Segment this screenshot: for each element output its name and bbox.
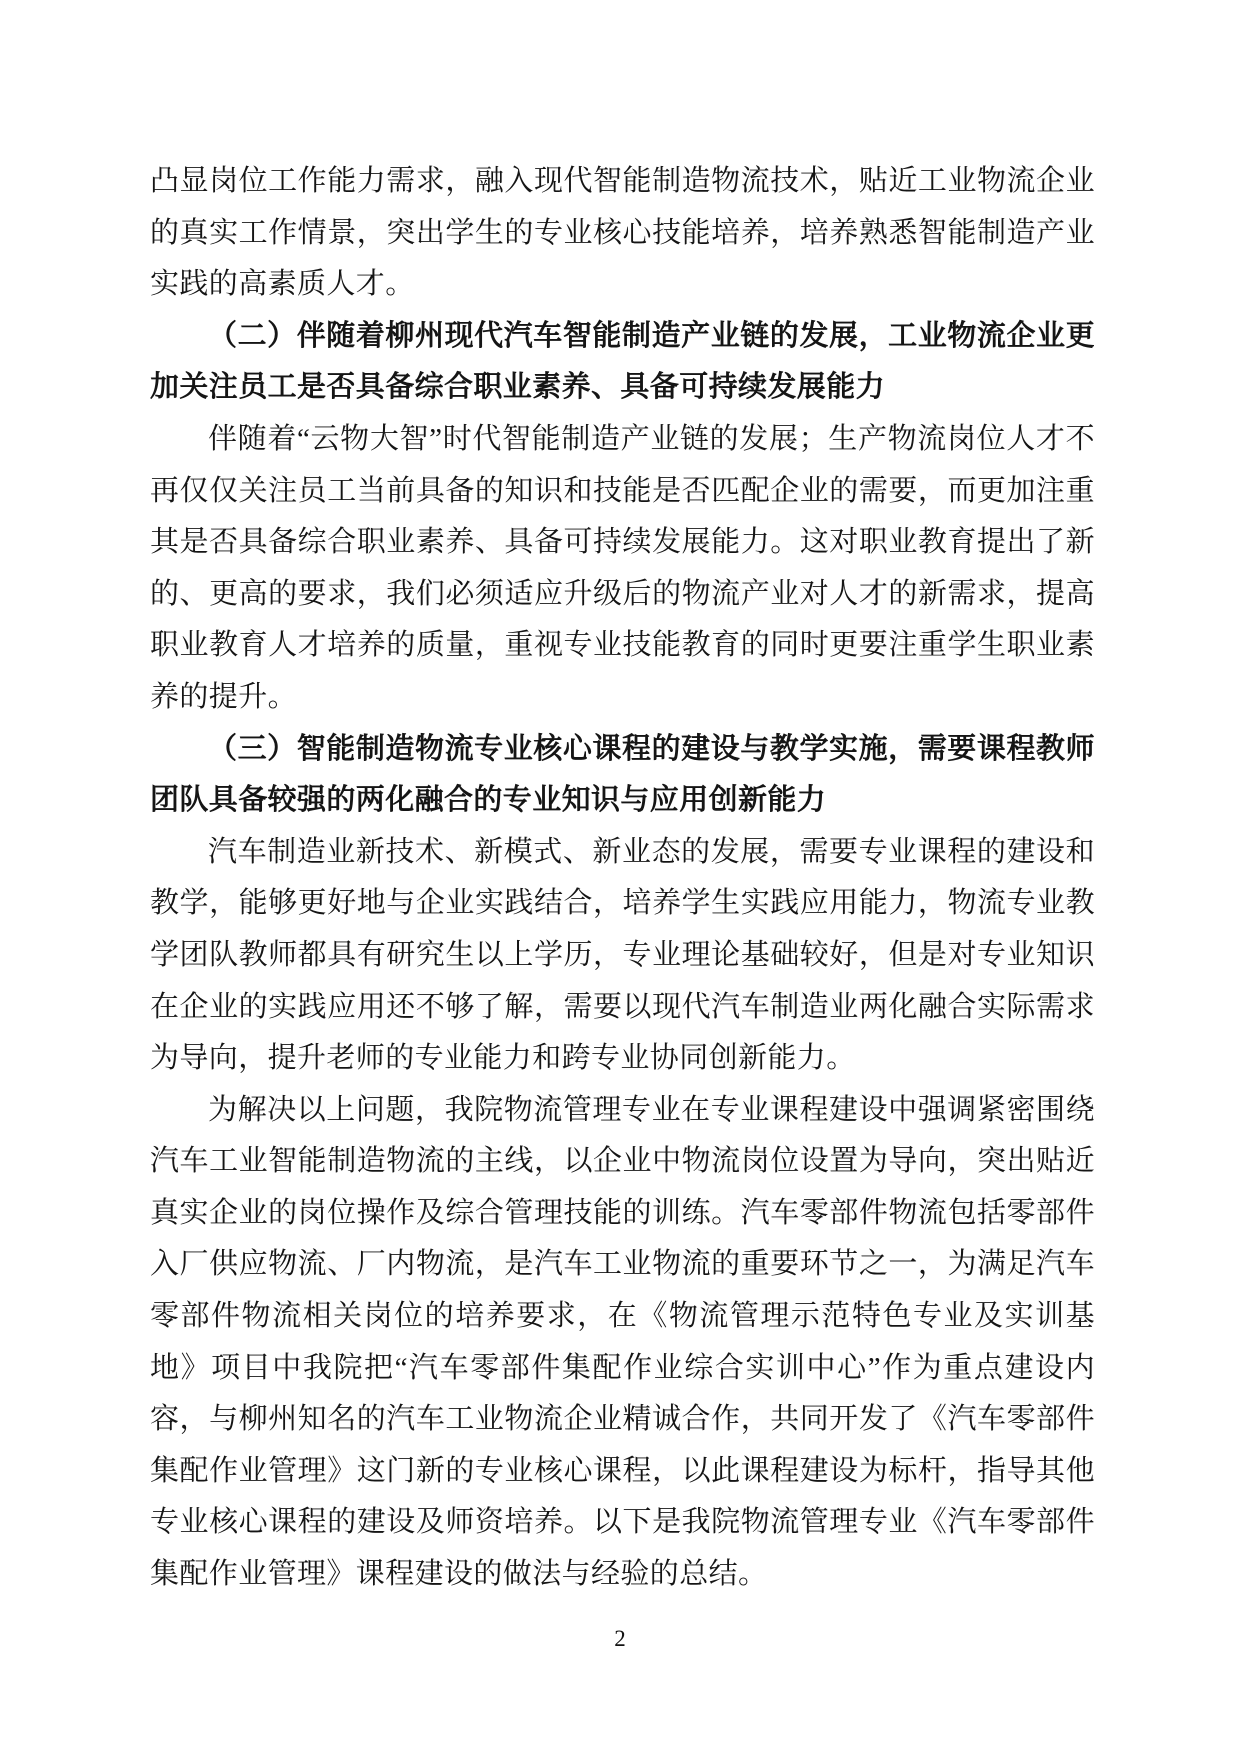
body-paragraph: 伴随着“云物大智”时代智能制造产业链的发展；生产物流岗位人才不再仅仅关注员工当前… <box>150 414 1095 724</box>
document-content: 凸显岗位工作能力需求，融入现代智能制造物流技术，贴近工业物流企业的真实工作情景，… <box>150 156 1095 1601</box>
body-paragraph: 为解决以上问题，我院物流管理专业在专业课程建设中强调紧密围绕汽车工业智能制造物流… <box>150 1085 1095 1601</box>
document-page: 凸显岗位工作能力需求，融入现代智能制造物流技术，贴近工业物流企业的真实工作情景，… <box>0 0 1240 1754</box>
body-paragraph-continuation: 凸显岗位工作能力需求，融入现代智能制造物流技术，贴近工业物流企业的真实工作情景，… <box>150 156 1095 311</box>
section-heading-three: （三）智能制造物流专业核心课程的建设与教学实施，需要课程教师团队具备较强的两化融… <box>150 724 1095 827</box>
body-paragraph: 汽车制造业新技术、新模式、新业态的发展，需要专业课程的建设和教学，能够更好地与企… <box>150 827 1095 1085</box>
section-heading-two: （二）伴随着柳州现代汽车智能制造产业链的发展，工业物流企业更加关注员工是否具备综… <box>150 311 1095 414</box>
page-number: 2 <box>0 1624 1240 1654</box>
